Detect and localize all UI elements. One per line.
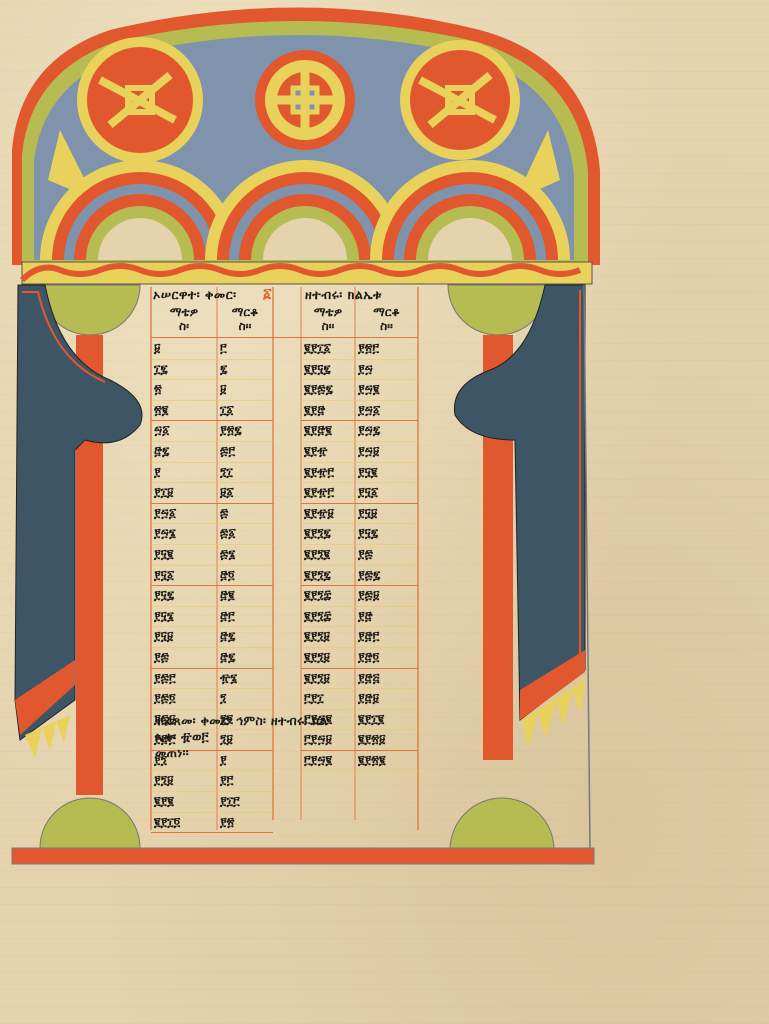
table-cell: ፪፻፺፪ [301,545,355,565]
table-row: ፸፯፷፫ [151,442,273,463]
table-cell: ፻፵፪ [355,380,418,400]
subheader-col3-bottom: ስ፡፡ [301,319,355,333]
table-row: ፪፻፹፱፻፶፱ [301,504,418,525]
table-cell: ፻፸፱ [355,689,418,709]
table-row: ፻፺፲ [151,463,273,484]
table-cell: ፻፶፪ [355,463,418,483]
table-cell: ፻፶፯ [151,586,217,606]
table-cell: ፻፳፯ [217,421,273,441]
table-cell: ፪፻፺፱ [301,648,355,668]
table-cell: ፻ [151,463,217,483]
table-cell: ፱ [151,339,217,359]
table-row: ፪፻፺፪፻፷ [301,545,418,566]
table-cell: ፷፮ [217,545,273,565]
table-row: ፪፻፪፻፲፫ [151,792,273,813]
table-cell: ፪፻፳፱ [355,730,418,750]
rope-band [22,262,592,284]
table-cell: ፪፻፪ [151,792,217,812]
table-cell: ፪፻፸፪ [301,421,355,441]
table-cell: ፪፻፹፫ [301,463,355,483]
table-cell: ፻፲፱ [151,483,217,503]
subheader-col1-top: ማቴዎ [151,305,217,319]
subheader-col4-bottom: ስ፡፡ [355,319,418,333]
colophon-line-3: መጠነ፡፡ [155,745,328,761]
table-row: ፻፶፯፸፪ [151,586,273,607]
table-cell: ፻፳ [217,813,273,833]
table-row: ፪፻፸፻፵፩ [301,401,418,422]
table-row: ፻፵፩፷ [151,504,273,525]
table-row: ፪፻፺፯፻፶፯ [301,524,418,545]
table-cell: ፸፬ [217,566,273,586]
table-row: ፱፫ [151,339,273,360]
table-cell: ፻፷፬ [151,689,217,709]
table-row: ፲፯፯ [151,360,273,381]
table-header-left: ኦሠርዋተ፡ ቀመር፡ [153,287,237,303]
table-cell: ፻፶፩ [151,566,217,586]
canon-table: ኦሠርዋተ፡ ቀመር፡ ፩ ዘተብሩ፡ ክልኤቱ [150,287,422,305]
table-cell: ፻፵፩ [355,401,418,421]
base-bar [12,848,594,864]
table-cell: ፪፻፺፯ [301,524,355,544]
table-cell: ፪፻፹፫ [301,483,355,503]
table-cell: ፻፵፱ [355,442,418,462]
table-cell: ፪፻፺፰ [301,586,355,606]
table-cell: ፪፻፺፱ [301,669,355,689]
subheader-col1-bottom: ስ፡ [151,319,217,333]
table-cell: ፺ [217,689,273,709]
colophon-line-2: ኤቱ፡ ፹ወ፫ [155,729,328,745]
table-cell: ፪፻፺፰ [301,607,355,627]
table-cell: ፪፻፹ [301,442,355,462]
table-cell: ፫፻፲ [301,689,355,709]
table-cell: ፻፶፪ [151,545,217,565]
table-row: ፪፻፹፫፻፶፩ [301,483,418,504]
table-cell: ፻፷፫ [151,669,217,689]
table-cell: ፻፸፫ [355,627,418,647]
table-cell: ፻፶፱ [151,627,217,647]
right-drapery [454,285,585,748]
table-cell: ፻፲፫ [217,792,273,812]
table-cell: ፻፸፬ [355,648,418,668]
table-cell: ፻፷፱ [355,586,418,606]
table-cell: ፲፯ [151,360,217,380]
table-cell: ፻፷ [151,648,217,668]
left-column [15,285,142,848]
right-column [448,285,585,850]
table-cell: ፻፵፯ [355,421,418,441]
table-row: ፻፷፸፯ [151,648,273,669]
table-cell: ፹፮ [217,669,273,689]
inner-arcs [40,160,570,260]
table-cell: ፪፻፶፯ [301,360,355,380]
table-row: ፳፱ [151,380,273,401]
table-cell: ፺፲ [217,463,273,483]
table-cell: ፪፻፷፯ [301,380,355,400]
header-rule [151,337,418,338]
table-cell: ፪፻፲፪ [355,710,418,730]
table-row: ፪፻፹፻፵፱ [301,442,418,463]
table-cell: ፸፯ [151,442,217,462]
table-cell: ፻፸፭ [355,669,418,689]
subheader-right: ማቴዎ ስ፡፡ ማርቆ ስ፡፡ [301,305,418,333]
table-cell: ፻፵፮ [151,524,217,544]
table-cell: ፻፷፯ [355,566,418,586]
left-interlace-roundel [82,42,198,158]
table-cell: ፵፩ [151,421,217,441]
table-cell: ፷ [217,504,273,524]
table-row: ፪፻፷፯፻፵፪ [301,380,418,401]
subheader-left: ማቴዎ ስ፡ ማርቆ ስ፡፡ [151,305,273,333]
table-cell: ፪፻፺፱ [301,627,355,647]
table-cell: ፸፯ [217,627,273,647]
table-cell: ፳፪ [151,401,217,421]
table-row: ፵፩፻፳፯ [151,421,273,442]
table-cell: ፸፫ [217,607,273,627]
subheader-col2-top: ማርቆ [217,305,273,319]
table-cell: ፪፻፹፱ [301,504,355,524]
table-row: ፻፷፬፺ [151,689,273,710]
table-row: ፻፶፱፸፯ [151,627,273,648]
table-cell: ፪፻፳፪ [355,751,418,771]
table-row: ፻፶፮፸፫ [151,607,273,628]
colophon-line-1: ተፈጸመ፡ ቀመር፡ ኅምስ፡ ዘተብሩ፡ ክል [155,713,328,729]
table-row: ፪፻፺፰፻፸ [301,607,418,628]
table-cell: ፪፻፸ [301,401,355,421]
table-cell: ፷፩ [217,524,273,544]
table-cell: ፻፶፮ [151,607,217,627]
subheader-col2-bottom: ስ፡፡ [217,319,273,333]
table-row: ፪፻፺፱፻፸፬ [301,648,418,669]
table-row: ፪፻፹፫፻፶፪ [301,463,418,484]
table-row: ፻፶፩፸፬ [151,566,273,587]
table-row: ፫፻፲፻፸፱ [301,689,418,710]
table-cell: ፸፪ [217,586,273,606]
table-row: ፪፻፲፬፻፳ [151,813,273,834]
table-cell: ፻፸ [355,607,418,627]
section-numeral-marker: ፩ [263,286,272,302]
table-cell: ፲፩ [217,401,273,421]
table-row: ፪፻፸፪፻፵፯ [301,421,418,442]
table-cell: ፯ [217,360,273,380]
right-interlace-roundel [405,45,515,155]
center-knot-roundel [245,40,365,160]
table-cell: ፻፫ [217,771,273,791]
table-row: ፳፪፲፩ [151,401,273,422]
table-cell: ፫ [217,339,273,359]
table-cell: ፪፻፺፯ [301,566,355,586]
table-cell: ፷፫ [217,442,273,462]
right-table-body: ፪፻፲፩፻፳፫፪፻፶፯፻፵፪፻፷፯፻፵፪፪፻፸፻፵፩፪፻፸፪፻፵፯፪፻፹፻፵፱፪… [301,339,418,771]
table-row: ፪፻፺፰፻፷፱ [301,586,418,607]
table-cell: ፳ [151,380,217,400]
table-row: ፻፷፫፹፮ [151,669,273,690]
table-cell: ፸፯ [217,648,273,668]
table-cell: ፱ [217,380,273,400]
table-row: ፻፲፱፱፩ [151,483,273,504]
table-cell: ፻፶፯ [355,524,418,544]
table-row: ፪፻፶፯፻፵ [301,360,418,381]
table-cell: ፻፺፱ [151,771,217,791]
table-cell: ፻፷ [355,545,418,565]
table-row: ፻፺፱፻፫ [151,771,273,792]
table-cell: ፻፶፱ [355,504,418,524]
table-row: ፪፻፺፯፻፷፯ [301,566,418,587]
table-row: ፻፶፪፷፮ [151,545,273,566]
table-cell: ፪፻፲፩ [301,339,355,359]
table-cell: ፪፻፲፬ [151,813,217,833]
table-row: ፻፵፮፷፩ [151,524,273,545]
arch-headpiece [12,8,600,285]
table-cell: ፻፶፩ [355,483,418,503]
table-cell: ፻፵ [355,360,418,380]
subheader-col3-top: ማቴዎ [301,305,355,319]
table-cell: ፻፳፫ [355,339,418,359]
table-row: ፪፻፺፱፻፸፭ [301,669,418,690]
colophon: ተፈጸመ፡ ቀመር፡ ኅምስ፡ ዘተብሩ፡ ክል ኤቱ፡ ፹ወ፫ መጠነ፡፡ [155,713,328,761]
table-row: ፪፻፲፩፻፳፫ [301,339,418,360]
table-header-right: ዘተብሩ፡ ክልኤቱ [305,287,382,303]
table-row: ፪፻፺፱፻፸፫ [301,627,418,648]
table-cell: ፻፵፩ [151,504,217,524]
table-cell: ፱፩ [217,483,273,503]
subheader-col4-top: ማርቆ [355,305,418,319]
